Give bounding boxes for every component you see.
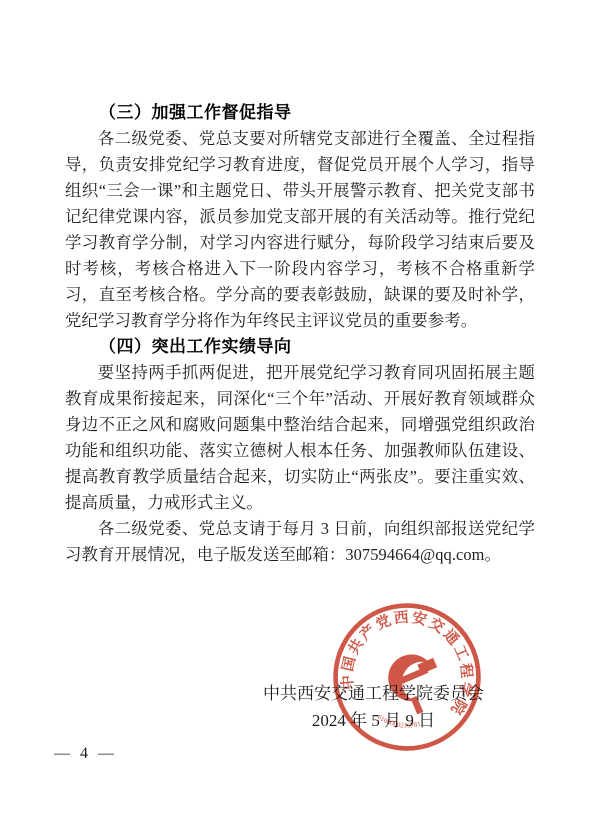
seal-ring [324, 594, 490, 760]
page-number: — 4 — [54, 745, 117, 763]
document-page: （三）加强工作督促指导 各二级党委、党总支要对所辖党支部进行全覆盖、全过程指导，… [0, 0, 590, 828]
signoff-date: 2024 年 5 月 9 日 [263, 707, 484, 734]
section-3-paragraph: 各二级党委、党总支要对所辖党支部进行全覆盖、全过程指导，负责安排党纪学习教育进度… [65, 126, 535, 334]
section-heading-3: （三）加强工作督促指导 [65, 100, 535, 126]
reporting-instruction-paragraph: 各二级党委、党总支请于每月 3 日前，向组织部报送党纪学习教育开展情况，电子版发… [65, 516, 535, 568]
section-heading-4: （四）突出工作实绩导向 [65, 334, 535, 360]
document-body: （三）加强工作督促指导 各二级党委、党总支要对所辖党支部进行全覆盖、全过程指导，… [65, 100, 535, 568]
official-seal: 中国共产党西安交通工程学院委员会 6100000216781 [319, 589, 495, 765]
section-4-paragraph: 要坚持两手抓两促进，把开展党纪学习教育同巩固拓展主题教育成果衔接起来，同深化“三… [65, 360, 535, 516]
signoff-organization: 中共西安交通工程学院委员会 [263, 680, 484, 707]
signoff-block: 中共西安交通工程学院委员会 2024 年 5 月 9 日 [263, 680, 484, 734]
